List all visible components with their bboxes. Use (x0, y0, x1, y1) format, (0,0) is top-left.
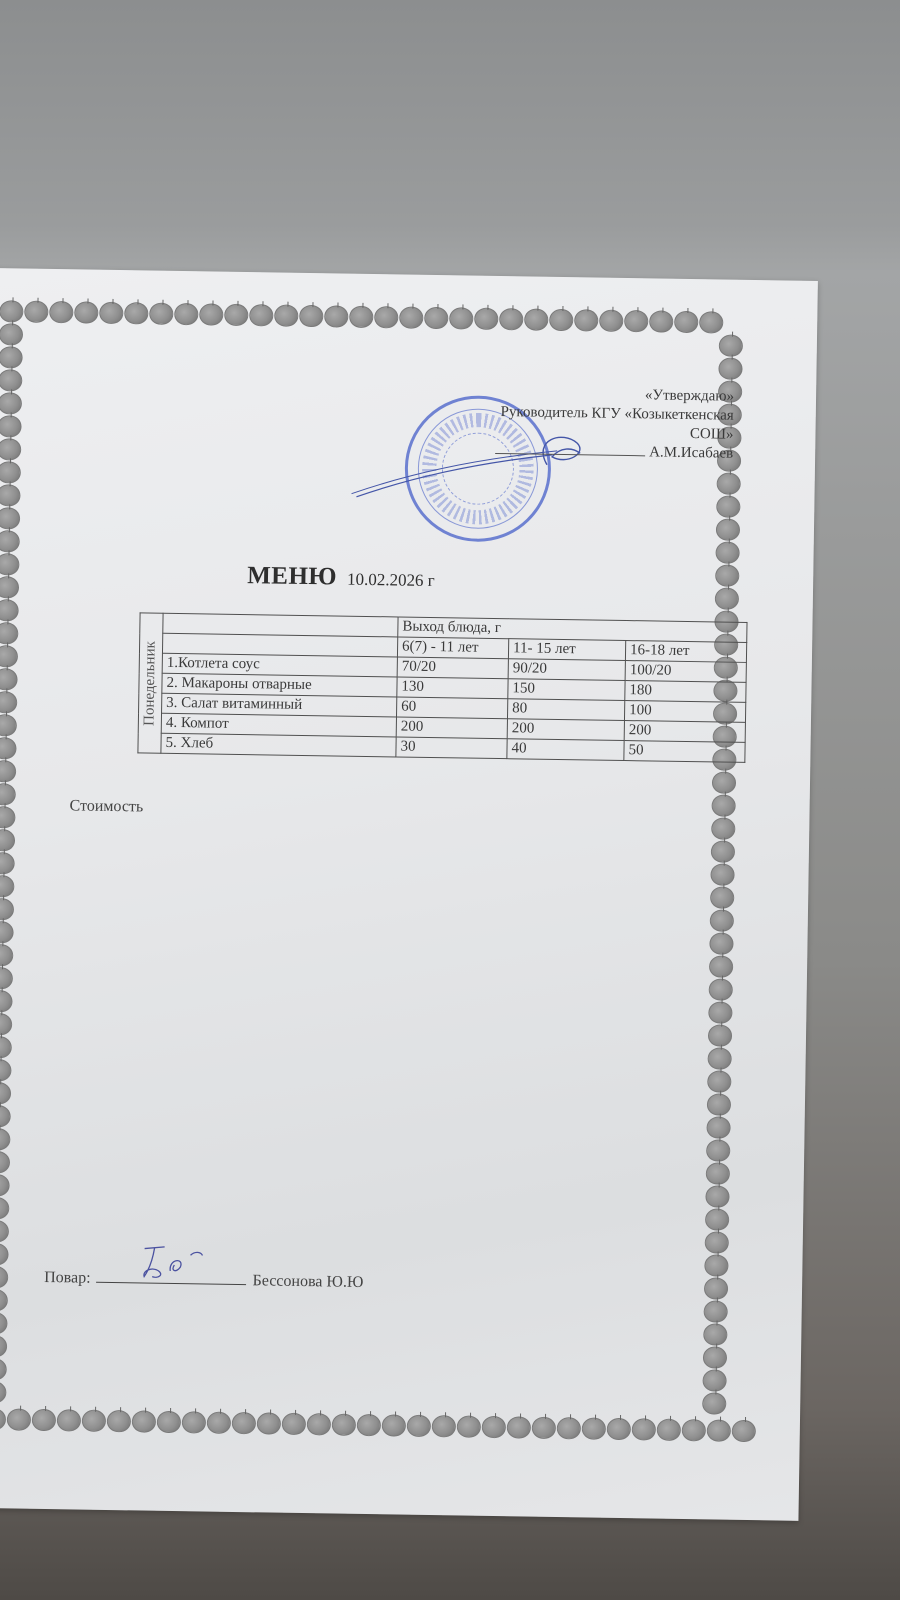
cost-label: Стоимость (69, 797, 143, 816)
apple-icon (0, 645, 18, 667)
apple-icon (482, 1416, 506, 1438)
paper-sheet: «Утверждаю» Руководитель КГУ «Козыкеткен… (0, 268, 818, 1521)
apple-icon (207, 1412, 231, 1434)
apple-icon (82, 1410, 106, 1432)
apple-icon (706, 1139, 730, 1161)
apple-icon (712, 771, 736, 793)
age-column-header: 11- 15 лет (508, 639, 625, 661)
apple-icon (702, 1392, 726, 1414)
apple-icon (0, 668, 18, 690)
apple-icon (499, 308, 523, 330)
cook-line: Повар:Бессонова Ю.Ю (44, 1267, 364, 1292)
apple-icon (710, 909, 734, 931)
portion-value-cell: 200 (624, 721, 745, 743)
age-column-header: 16-18 лет (625, 641, 746, 663)
apple-icon (324, 305, 348, 327)
apple-icon (107, 1410, 131, 1432)
apple-icon (709, 932, 733, 954)
day-label: Понедельник (140, 641, 160, 726)
apple-icon (0, 415, 22, 437)
apple-icon (707, 1419, 731, 1441)
apple-icon (74, 301, 98, 323)
apple-icon (182, 1411, 206, 1433)
apple-icon (732, 1420, 756, 1442)
apple-icon (0, 369, 22, 391)
apple-icon (24, 301, 48, 323)
cook-label: Повар: (44, 1269, 91, 1287)
apple-icon (149, 303, 173, 325)
apple-icon (702, 1369, 726, 1391)
apple-icon (0, 300, 23, 322)
apple-icon (274, 304, 298, 326)
apple-icon (532, 1417, 556, 1439)
apple-icon (632, 1418, 656, 1440)
cook-name: Бессонова Ю.Ю (252, 1272, 363, 1291)
apple-icon (0, 1289, 8, 1311)
apple-icon (0, 1151, 10, 1173)
apple-icon (524, 308, 548, 330)
apple-icon (0, 806, 16, 828)
apple-icon (709, 955, 733, 977)
apple-icon (657, 1419, 681, 1441)
portion-value-cell: 50 (624, 741, 745, 763)
apple-icon (0, 898, 14, 920)
apple-icon (703, 1323, 727, 1345)
apple-icon (0, 852, 15, 874)
apple-icon (282, 1413, 306, 1435)
apple-icon (407, 1415, 431, 1437)
apple-icon (709, 978, 733, 1000)
apple-icon (707, 1070, 731, 1092)
apple-icon (0, 438, 21, 460)
apple-icon (0, 346, 23, 368)
apple-icon (307, 1413, 331, 1435)
apple-icon (99, 302, 123, 324)
apple-icon (549, 309, 573, 331)
portion-value-cell: 180 (625, 681, 746, 703)
apple-icon (711, 840, 735, 862)
apple-icon (716, 495, 740, 517)
apple-icon (0, 1266, 8, 1288)
apple-icon (0, 323, 23, 345)
apple-icon (0, 530, 20, 552)
approval-block: «Утверждаю» Руководитель КГУ «Козыкеткен… (495, 384, 734, 464)
apple-icon (0, 484, 21, 506)
apple-icon (474, 308, 498, 330)
apple-icon (715, 541, 739, 563)
apple-icon (157, 1411, 181, 1433)
portion-value-cell: 40 (507, 739, 624, 761)
apple-icon (332, 1414, 356, 1436)
apple-icon (0, 1059, 12, 1081)
apple-icon (0, 576, 19, 598)
approval-signatory-row: А.М.Исабаев (495, 441, 733, 464)
apple-icon (674, 311, 698, 333)
portion-value-cell: 200 (396, 717, 507, 739)
apple-icon (703, 1346, 727, 1368)
apple-icon (124, 302, 148, 324)
apple-icon (710, 886, 734, 908)
apple-icon (0, 392, 22, 414)
apple-icon (0, 1335, 7, 1357)
apple-icon (708, 1024, 732, 1046)
apple-icon (299, 305, 323, 327)
apple-icon (0, 875, 14, 897)
apple-icon (718, 357, 742, 379)
portion-value-cell: 100 (624, 701, 745, 723)
menu-date: 10.02.2026 г (347, 570, 435, 590)
apple-icon (0, 1243, 9, 1265)
apple-icon (0, 622, 18, 644)
apple-icon (399, 306, 423, 328)
apple-icon (719, 334, 743, 356)
apple-icon (0, 1036, 12, 1058)
apple-icon (0, 1082, 11, 1104)
apple-icon (705, 1208, 729, 1230)
apple-icon (708, 1047, 732, 1069)
apple-border-left (0, 323, 23, 1404)
apple-icon (699, 311, 723, 333)
apple-icon (0, 553, 20, 575)
menu-table: Понедельник Выход блюда, г 6(7) - 11 лет… (137, 612, 747, 763)
apple-icon (424, 307, 448, 329)
apple-icon (0, 737, 17, 759)
apple-icon (0, 829, 15, 851)
portion-value-cell: 30 (396, 737, 507, 759)
apple-icon (132, 1410, 156, 1432)
apple-icon (574, 309, 598, 331)
signature-line (495, 453, 645, 456)
apple-icon (599, 310, 623, 332)
portion-value-cell: 70/20 (397, 657, 508, 679)
portion-value-cell: 60 (396, 697, 507, 719)
approval-signatory: А.М.Исабаев (649, 444, 733, 461)
portion-value-cell: 100/20 (625, 661, 746, 683)
apple-icon (57, 1409, 81, 1431)
apple-icon (432, 1415, 456, 1437)
apple-icon (0, 1013, 12, 1035)
apple-icon (0, 1105, 11, 1127)
apple-icon (711, 794, 735, 816)
apple-icon (0, 990, 13, 1012)
apple-icon (708, 1001, 732, 1023)
apple-icon (32, 1409, 56, 1431)
apple-border-right (702, 334, 743, 1415)
apple-icon (705, 1231, 729, 1253)
apple-icon (0, 1312, 8, 1334)
apple-icon (449, 307, 473, 329)
apple-icon (457, 1415, 481, 1437)
apple-icon (199, 303, 223, 325)
menu-title: МЕНЮ 10.02.2026 г (247, 562, 435, 593)
menu-heading: МЕНЮ (247, 562, 337, 590)
apple-icon (704, 1277, 728, 1299)
apple-icon (0, 1381, 7, 1403)
apple-icon (682, 1419, 706, 1441)
apple-icon (0, 599, 19, 621)
portion-value-cell: 130 (397, 677, 508, 699)
apple-icon (0, 921, 14, 943)
apple-icon (0, 1174, 10, 1196)
apple-icon (0, 714, 17, 736)
apple-icon (0, 967, 13, 989)
age-column-header: 6(7) - 11 лет (397, 637, 508, 659)
apple-icon (704, 1254, 728, 1276)
apple-icon (711, 817, 735, 839)
portion-value-cell: 200 (507, 719, 624, 741)
apple-border-top (0, 300, 723, 333)
apple-border-bottom (0, 1408, 756, 1442)
apple-icon (704, 1300, 728, 1322)
apple-icon (507, 1416, 531, 1438)
apple-icon (174, 303, 198, 325)
day-label-cell: Понедельник (138, 613, 163, 753)
apple-icon (717, 472, 741, 494)
apple-icon (0, 1220, 9, 1242)
apple-icon (715, 587, 739, 609)
portion-value-cell: 80 (507, 699, 624, 721)
portion-value-cell: 90/20 (508, 659, 625, 681)
apple-icon (232, 1412, 256, 1434)
apple-icon (224, 304, 248, 326)
apple-icon (0, 1408, 6, 1430)
apple-icon (374, 306, 398, 328)
apple-icon (557, 1417, 581, 1439)
apple-icon (0, 1197, 9, 1219)
apple-icon (0, 691, 17, 713)
cook-signature-line (97, 1268, 247, 1285)
apple-icon (0, 944, 13, 966)
apple-icon (349, 306, 373, 328)
apple-icon (649, 310, 673, 332)
apple-icon (710, 863, 734, 885)
apple-icon (707, 1093, 731, 1115)
apple-icon (382, 1414, 406, 1436)
apple-icon (0, 1358, 7, 1380)
apple-icon (607, 1418, 631, 1440)
apple-icon (49, 301, 73, 323)
apple-icon (715, 564, 739, 586)
approval-line-2: Руководитель КГУ «Козыкеткенская (496, 403, 734, 426)
apple-icon (705, 1185, 729, 1207)
apple-icon (0, 760, 16, 782)
apple-icon (706, 1116, 730, 1138)
apple-icon (249, 304, 273, 326)
dish-name-cell: 5. Хлеб (161, 733, 396, 757)
apple-icon (706, 1162, 730, 1184)
apple-icon (582, 1417, 606, 1439)
apple-icon (0, 461, 21, 483)
apple-icon (257, 1412, 281, 1434)
apple-icon (716, 518, 740, 540)
portion-value-cell: 150 (508, 679, 625, 701)
apple-icon (624, 310, 648, 332)
apple-icon (0, 507, 20, 529)
apple-icon (0, 1128, 10, 1150)
apple-icon (7, 1408, 31, 1430)
apple-icon (357, 1414, 381, 1436)
apple-icon (0, 783, 16, 805)
